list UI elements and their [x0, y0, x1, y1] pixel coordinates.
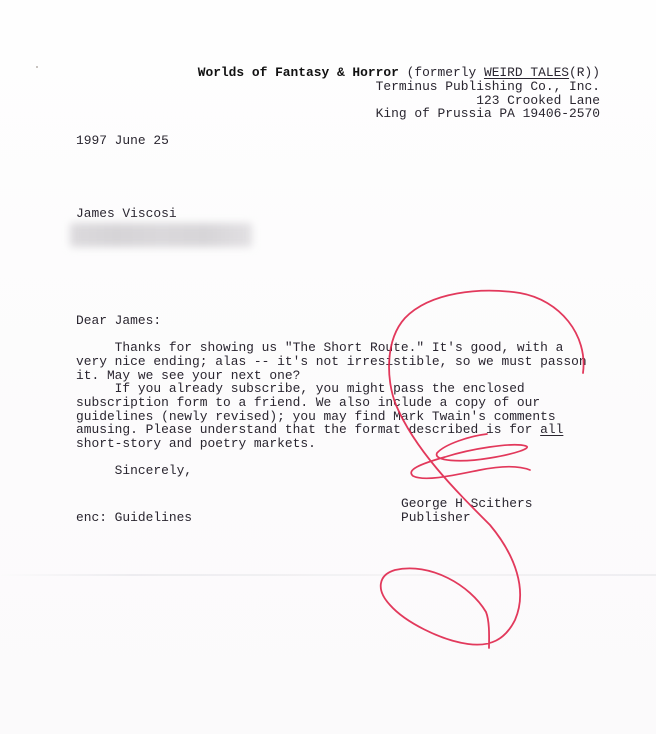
publisher-company: Terminus Publishing Co., Inc. [376, 80, 600, 94]
enclosure-note: enc: Guidelines [76, 511, 192, 525]
signer-name: George H Scithers [401, 497, 533, 511]
body-line: If you already subscribe, you might pass… [76, 382, 525, 396]
publisher-city: King of Prussia PA 19406-2570 [376, 107, 600, 121]
letter-date: 1997 June 25 [76, 134, 169, 148]
signer-title: Publisher [401, 511, 471, 525]
salutation: Dear James: [76, 314, 161, 328]
paper-fold-line [0, 574, 656, 576]
body-line-text: amusing. Please understand that the form… [76, 422, 540, 437]
formerly-title: WEIRD TALES [484, 65, 569, 80]
letterhead-title-line: Worlds of Fantasy & Horror (formerly WEI… [198, 66, 600, 80]
recipient-name: James Viscosi [76, 207, 177, 221]
underlined-all: all [540, 422, 563, 437]
redacted-recipient-address [70, 223, 252, 247]
publication-name: Worlds of Fantasy & Horror [198, 65, 399, 80]
paper-speck [36, 66, 38, 68]
body-line: Thanks for showing us "The Short Route."… [76, 341, 563, 355]
formerly-suffix: (R)) [569, 65, 600, 80]
body-line-with-emphasis: amusing. Please understand that the form… [76, 423, 563, 437]
body-line: short-story and poetry markets. [76, 437, 316, 451]
closing: Sincerely, [76, 464, 192, 478]
body-line: subscription form to a friend. We also i… [76, 396, 540, 410]
formerly-prefix: (formerly [399, 65, 484, 80]
body-line: very nice ending; alas -- it's not irres… [76, 355, 587, 369]
